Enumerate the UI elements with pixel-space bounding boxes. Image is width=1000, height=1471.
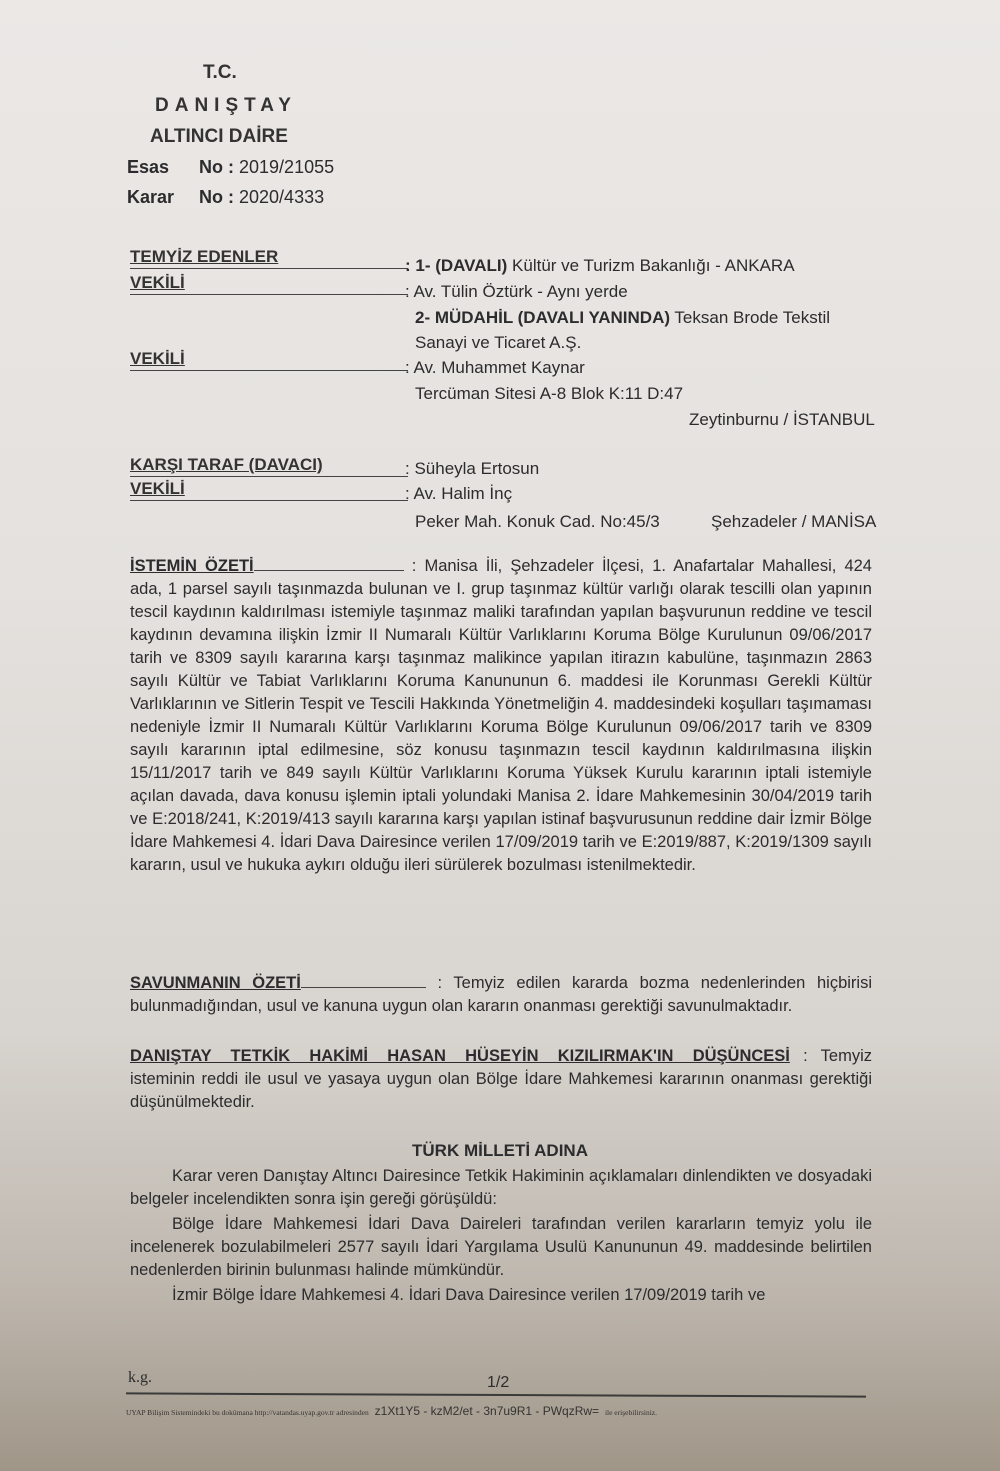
- esas-label: Esas: [127, 157, 199, 178]
- uyap-suffix: ile erişebilirsiniz.: [605, 1408, 657, 1417]
- uyap-prefix: UYAP Bilişim Sistemindeki bu dokümana ht…: [126, 1408, 369, 1417]
- uyap-access-code: z1Xt1Y5 - kzM2/et - 3n7u9R1 - PWqzRw=: [375, 1404, 599, 1418]
- appellant-1-attorney: : Av. Tülin Öztürk - Aynı yerde: [405, 282, 628, 302]
- claim-summary-text: : Manisa İli, Şehzadeler İlçesi, 1. Anaf…: [130, 557, 872, 874]
- respondent-attorney: : Av. Halim İnç: [405, 484, 512, 504]
- claim-summary: İSTEMİN ÖZETİ : Manisa İli, Şehzadeler İ…: [130, 555, 872, 877]
- appellant-2-address: Tercüman Sitesi A-8 Blok K:11 D:47: [415, 384, 683, 404]
- respondent-city: Şehzadeler / MANİSA: [711, 512, 876, 532]
- appellant-1-name: Kültür ve Turizm Bakanlığı - ANKARA: [507, 256, 794, 275]
- esas-no-label: No :: [199, 157, 234, 177]
- footer-initials: k.g.: [128, 1369, 152, 1387]
- judge-opinion-title: DANIŞTAY TETKİK HAKİMİ HASAN HÜSEYİN KIZ…: [130, 1047, 790, 1065]
- appellant-2-prefix: 2- MÜDAHİL (DAVALI YANINDA): [415, 308, 670, 327]
- court-name: DANIŞTAY: [155, 95, 297, 117]
- appellant-2-attorney: : Av. Muhammet Kaynar: [405, 358, 585, 378]
- karar-number-row: KararNo : 2020/4333: [127, 187, 324, 208]
- esas-number-row: EsasNo : 2019/21055: [127, 157, 334, 178]
- karar-no-label: No :: [199, 187, 234, 207]
- decision-paragraph-2: Bölge İdare Mahkemesi İdari Dava Dairele…: [130, 1213, 872, 1282]
- appellant-2-name-cont: Sanayi ve Ticaret A.Ş.: [415, 333, 581, 353]
- appellant-2-city: Zeytinburnu / İSTANBUL: [689, 410, 875, 430]
- uyap-notice: UYAP Bilişim Sistemindeki bu dokümana ht…: [126, 1404, 657, 1418]
- appellant-2: 2- MÜDAHİL (DAVALI YANINDA) Teksan Brode…: [415, 308, 830, 328]
- footer-divider: [126, 1392, 866, 1397]
- decision-heading: TÜRK MİLLETİ ADINA: [0, 1141, 1000, 1161]
- appellant-1: : 1- (DAVALI) Kültür ve Turizm Bakanlığı…: [405, 256, 795, 276]
- respondent-name: : Süheyla Ertosun: [405, 459, 539, 479]
- appellants-label: TEMYİZ EDENLER: [130, 247, 408, 269]
- karar-number: 2020/4333: [239, 187, 324, 207]
- esas-number: 2019/21055: [239, 157, 334, 177]
- respondent-address: Peker Mah. Konuk Cad. No:45/3: [415, 512, 660, 532]
- chamber-name: ALTINCI DAİRE: [150, 126, 288, 148]
- header-tc: T.C.: [203, 62, 237, 84]
- decision-paragraph-3: İzmir Bölge İdare Mahkemesi 4. İdari Dav…: [130, 1284, 872, 1307]
- respondent-label: KARŞI TARAF (DAVACI): [130, 455, 408, 477]
- appellant-1-prefix: : 1- (DAVALI): [405, 256, 507, 275]
- attorney-label-3: VEKİLİ: [130, 479, 408, 501]
- page-number: 1/2: [487, 1374, 509, 1392]
- attorney-label-2: VEKİLİ: [130, 349, 408, 371]
- document-page: T.C. DANIŞTAY ALTINCI DAİRE EsasNo : 201…: [0, 0, 1000, 1471]
- karar-label: Karar: [127, 187, 199, 208]
- judge-opinion: DANIŞTAY TETKİK HAKİMİ HASAN HÜSEYİN KIZ…: [130, 1045, 872, 1114]
- attorney-label-1: VEKİLİ: [130, 273, 408, 295]
- defense-summary: SAVUNMANIN ÖZETİ : Temyiz edilen kararda…: [130, 972, 872, 1018]
- claim-summary-title: İSTEMİN ÖZETİ: [130, 557, 254, 575]
- defense-summary-title: SAVUNMANIN ÖZETİ: [130, 974, 301, 992]
- decision-paragraph-1: Karar veren Danıştay Altıncı Dairesince …: [130, 1165, 872, 1211]
- appellant-2-name: Teksan Brode Tekstil: [670, 308, 830, 327]
